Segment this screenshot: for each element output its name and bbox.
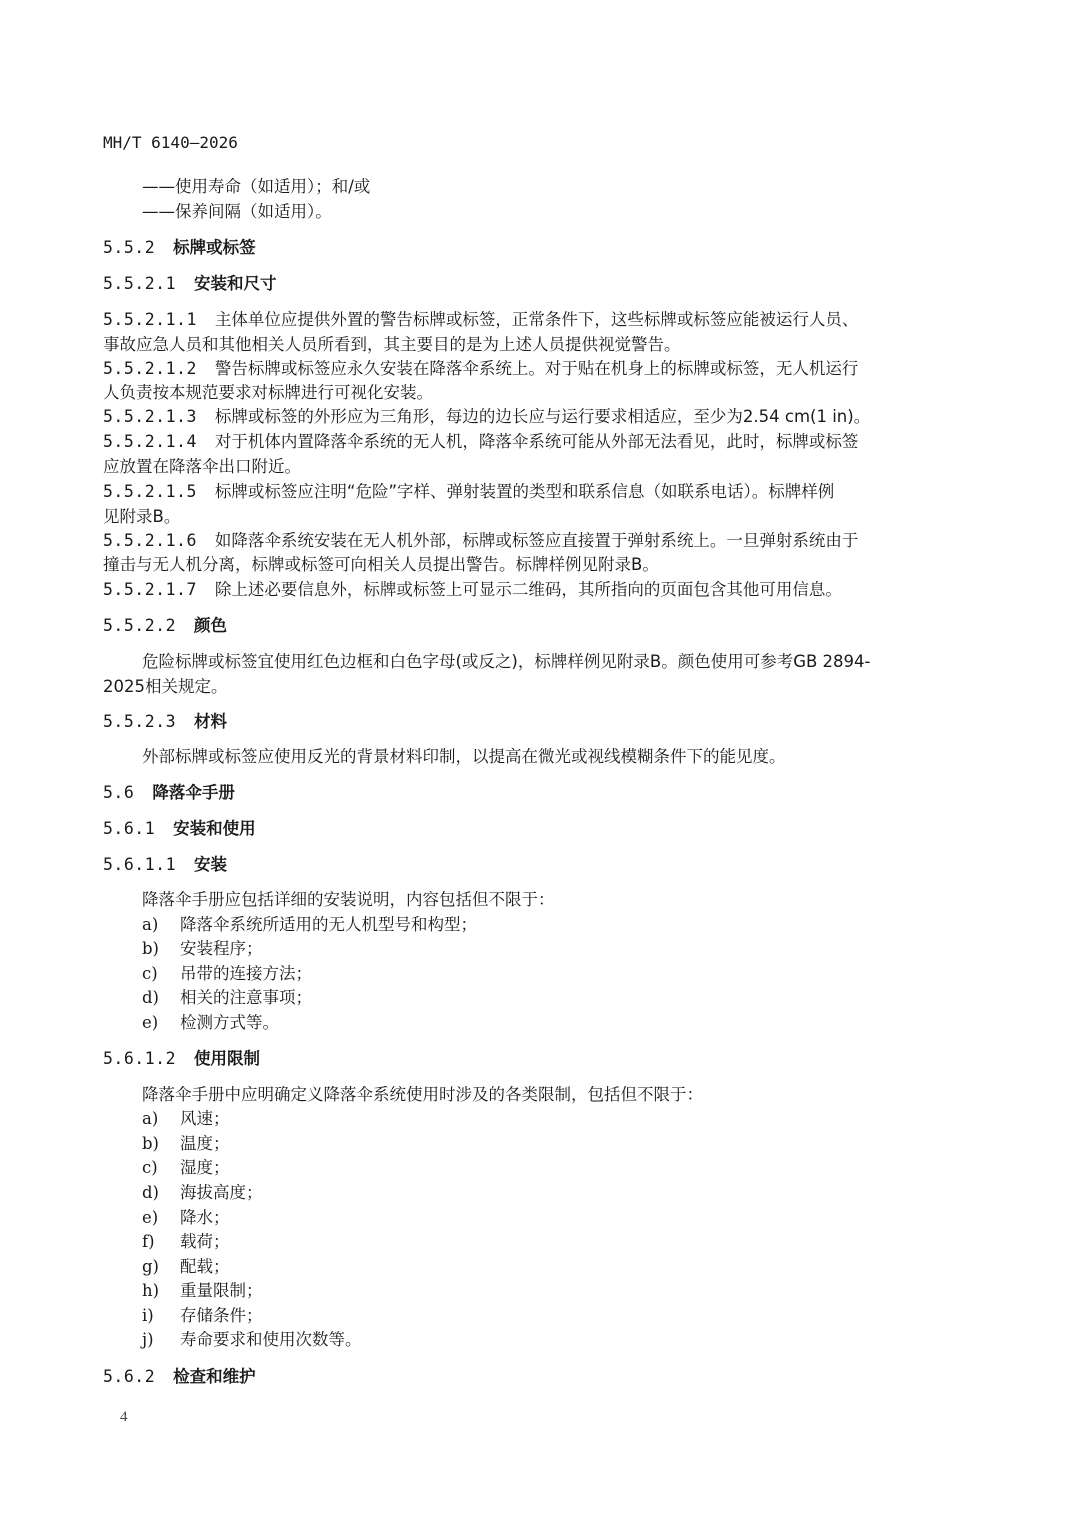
list-item: d)相关的注意事项； [142, 986, 312, 1010]
section-heading-5-6-2: 5.6.2检查和维护 [103, 1365, 256, 1389]
clause-text: 见附录B。 [103, 505, 180, 529]
list-item: e)降水； [142, 1206, 230, 1230]
list-item: f)载荷； [142, 1230, 230, 1254]
dash-item: ——保养间隔（如适用）。 [142, 200, 332, 224]
paragraph-text: 降落伞手册应包括详细的安装说明，内容包括但不限于： [142, 888, 555, 912]
clause-text: 撞击与无人机分离，标牌或标签可向相关人员提出警告。标牌样例见附录B。 [103, 553, 659, 577]
paragraph-text: 危险标牌或标签宜使用红色边框和白色字母(或反之)，标牌样例见附录B。颜色使用可参… [142, 650, 871, 674]
clause-text: 人负责按本规范要求对标牌进行可视化安装。 [103, 381, 433, 405]
clause-5-5-2-1-4: 5.5.2.1.4对于机体内置降落伞系统的无人机，降落伞系统可能从外部无法看见，… [103, 430, 858, 454]
section-heading-5-5-2-1: 5.5.2.1安装和尺寸 [103, 272, 277, 296]
dash-item: ——使用寿命（如适用）；和/或 [142, 175, 370, 199]
clause-5-5-2-1-2: 5.5.2.1.2警告标牌或标签应永久安装在降落伞系统上。对于贴在机身上的标牌或… [103, 357, 858, 381]
section-heading-5-5-2: 5.5.2标牌或标签 [103, 236, 256, 260]
clause-5-5-2-1-6: 5.5.2.1.6如降落伞系统安装在无人机外部，标牌或标签应直接置于弹射系统上。… [103, 529, 858, 553]
paragraph-text: 外部标牌或标签应使用反光的背景材料印制，以提高在微光或视线模糊条件下的能见度。 [142, 745, 786, 769]
clause-5-5-2-1-1: 5.5.2.1.1主体单位应提供外置的警告标牌或标签，正常条件下，这些标牌或标签… [103, 308, 858, 332]
clause-5-5-2-1-7: 5.5.2.1.7除上述必要信息外，标牌或标签上可显示二维码，其所指向的页面包含… [103, 578, 842, 602]
list-item: g)配载； [142, 1255, 230, 1279]
list-item: h)重量限制； [142, 1279, 263, 1303]
list-item: e)检测方式等。 [142, 1011, 279, 1035]
list-item: a)风速； [142, 1107, 230, 1131]
list-item: b)温度； [142, 1132, 230, 1156]
list-item: b)安装程序； [142, 937, 263, 961]
clause-text: 事故应急人员和其他相关人员所看到，其主要目的是为上述人员提供视觉警告。 [103, 333, 681, 357]
list-item: i)存储条件； [142, 1304, 263, 1328]
section-heading-5-6-1-1: 5.6.1.1安装 [103, 853, 227, 877]
list-item: c)湿度； [142, 1156, 230, 1180]
page-number: 4 [120, 1405, 128, 1429]
clause-text: 应放置在降落伞出口附近。 [103, 455, 301, 479]
paragraph-text: 降落伞手册中应明确定义降落伞系统使用时涉及的各类限制，包括但不限于： [142, 1083, 703, 1107]
section-heading-5-5-2-3: 5.5.2.3材料 [103, 710, 227, 734]
section-heading-5-5-2-2: 5.5.2.2颜色 [103, 614, 227, 638]
clause-5-5-2-1-5: 5.5.2.1.5标牌或标签应注明“危险”字样、弹射装置的类型和联系信息（如联系… [103, 480, 834, 504]
list-item: a)降落伞系统所适用的无人机型号和构型； [142, 913, 477, 937]
list-item: c)吊带的连接方法； [142, 962, 312, 986]
section-heading-5-6: 5.6降落伞手册 [103, 781, 235, 805]
paragraph-text: 2025相关规定。 [103, 675, 228, 699]
section-heading-5-6-1: 5.6.1安装和使用 [103, 817, 256, 841]
doc-header-id: MH/T 6140—2026 [103, 131, 238, 155]
list-item: j)寿命要求和使用次数等。 [142, 1328, 362, 1352]
section-heading-5-6-1-2: 5.6.1.2使用限制 [103, 1047, 260, 1071]
list-item: d)海拔高度； [142, 1181, 263, 1205]
clause-5-5-2-1-3: 5.5.2.1.3标牌或标签的外形应为三角形，每边的边长应与运行要求相适应，至少… [103, 405, 870, 429]
